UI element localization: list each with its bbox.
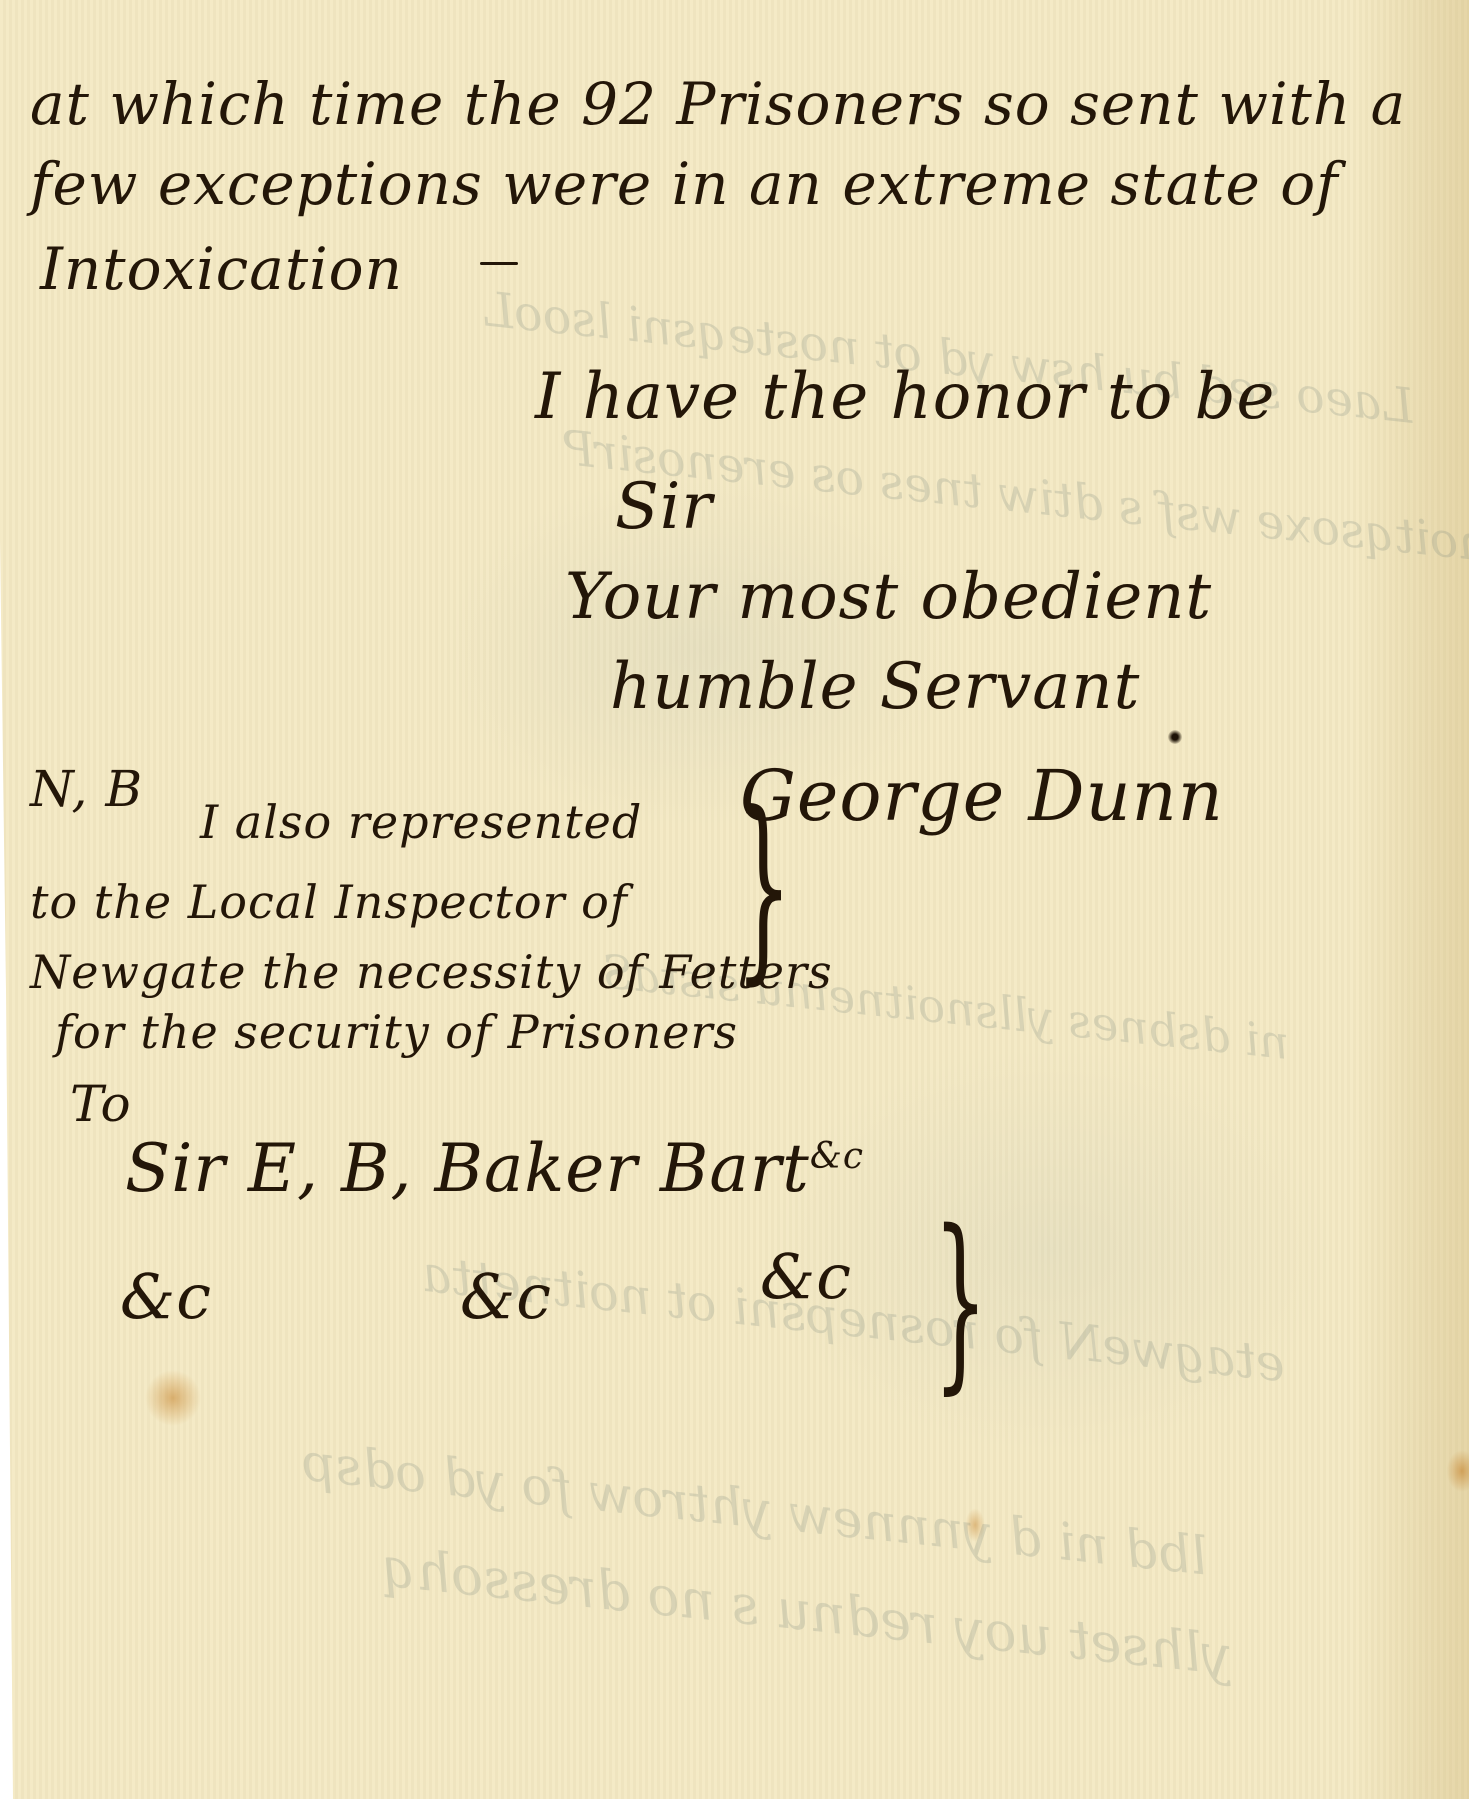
body-line: Intoxication	[40, 235, 403, 303]
closing-line: I have the honor to be	[535, 360, 1275, 434]
closing-line: Sir	[615, 470, 713, 544]
signature: George Dunn	[740, 755, 1224, 837]
closing-line: Your most obedient	[565, 560, 1212, 634]
postscript-brace: }	[735, 770, 792, 1003]
address-prefix: To	[70, 1075, 132, 1133]
closing-dash	[480, 262, 518, 265]
ditto-mark: &c	[760, 1240, 852, 1313]
recipient-name: Sir E, B, Baker Bart	[125, 1130, 810, 1207]
postscript-label: N, B	[30, 760, 143, 818]
ditto-mark: &c	[120, 1260, 212, 1333]
ink-blot	[1168, 730, 1182, 744]
postscript-line: I also represented	[200, 795, 642, 849]
ditto-mark: &c	[460, 1260, 552, 1333]
postscript-line: Newgate the necessity of Fetters	[30, 945, 833, 999]
address-brace: }	[933, 1190, 987, 1411]
recipient-suffix: &c	[810, 1136, 864, 1177]
body-line: at which time the 92 Prisoners so sent w…	[30, 70, 1406, 138]
address-recipient: Sir E, B, Baker Bart&c	[125, 1130, 864, 1207]
closing-line: humble Servant	[610, 650, 1140, 724]
postscript-line: for the security of Prisoners	[55, 1005, 738, 1059]
postscript-line: to the Local Inspector of	[30, 875, 628, 929]
body-line: few exceptions were in an extreme state …	[30, 150, 1339, 218]
